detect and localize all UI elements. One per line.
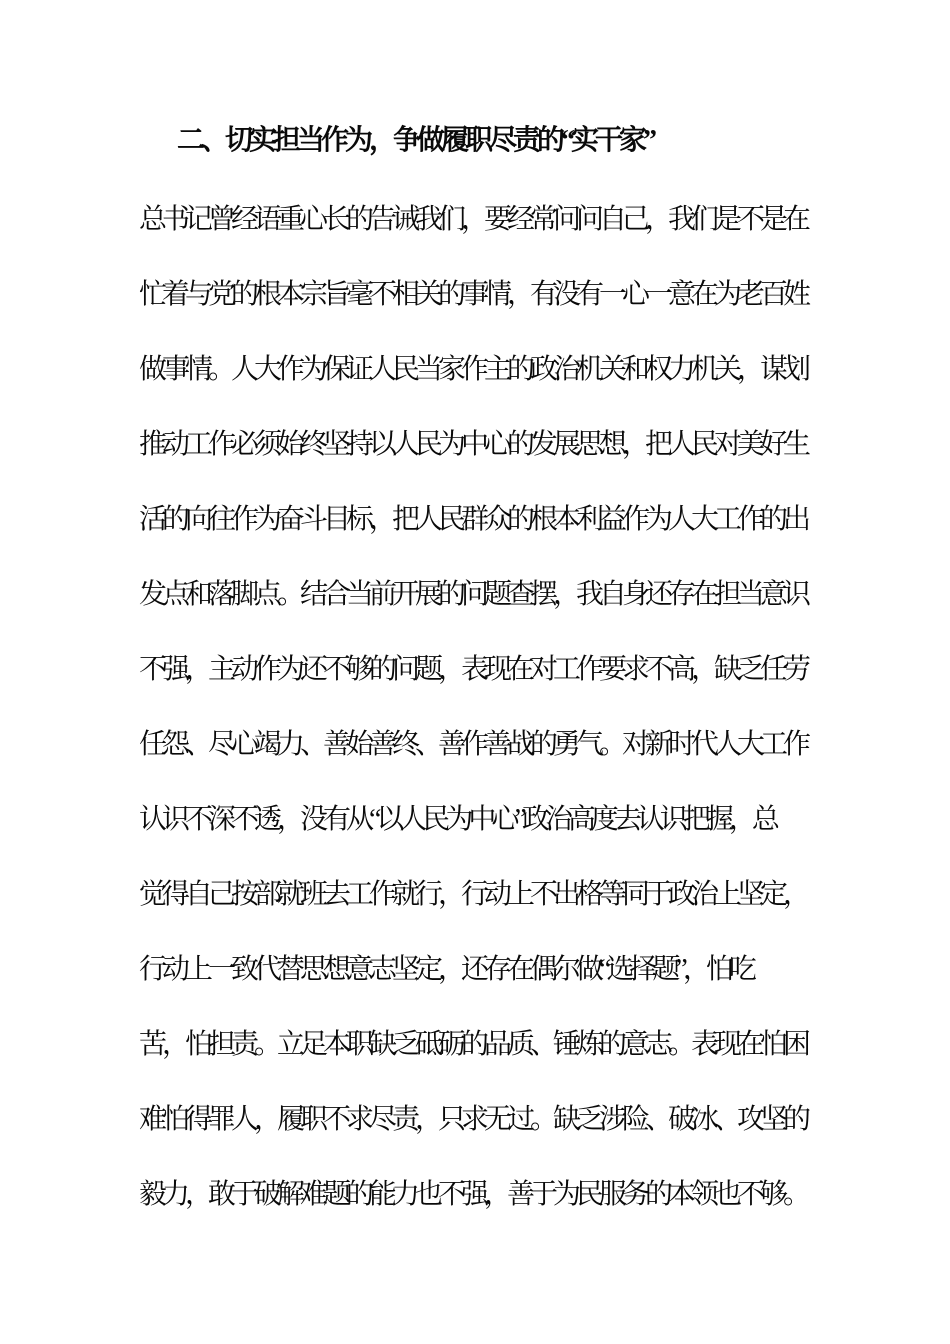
body-line: 认识不深不透，没有从“以人民为中心”政治高度去认识把握，总: [139, 782, 859, 857]
body-line: 行动上一致代替思想意志坚定，还存在偶尔做“选择题”，怕吃: [139, 932, 859, 1007]
body-line: 推动工作必须始终坚持以人民为中心的发展思想，把人民对美好生: [139, 407, 859, 482]
body-line: 不强，主动作为还不够的问题，表现在对工作要求不高，缺乏任劳: [139, 632, 859, 707]
document-page: 二、切实担当作为，争做履职尽责的“实干家” 总书记曾经语重心长的告诫我们，要经常…: [0, 0, 950, 1344]
body-line: 任怨、尽心竭力、善始善终、善作善战的勇气。对新时代人大工作: [139, 707, 859, 782]
body-line: 发点和落脚点。结合当前开展的问题查摆，我自身还存在担当意识: [139, 557, 859, 632]
body-line: 忙着与党的根本宗旨毫不相关的事情，有没有一心一意在为老百姓: [139, 257, 859, 332]
body-line: 做事情。人大作为保证人民当家作主的政治机关和权力机关，谋划: [139, 332, 859, 407]
body-line: 觉得自己按部就班去工作就行，行动上不出格等同于政治上坚定，: [139, 857, 859, 932]
section-heading: 二、切实担当作为，争做履职尽责的“实干家”: [177, 126, 653, 156]
body-line: 难怕得罪人，履职不求尽责，只求无过。缺乏涉险、破冰、攻坚的: [139, 1082, 859, 1157]
body-line: 苦，怕担责。立足本职缺乏砥砺的品质、锤炼的意志。表现在怕困: [139, 1007, 859, 1082]
document-body: 总书记曾经语重心长的告诫我们，要经常问问自己，我们是不是在 忙着与党的根本宗旨毫…: [139, 182, 859, 1232]
body-line: 总书记曾经语重心长的告诫我们，要经常问问自己，我们是不是在: [139, 182, 859, 257]
body-line: 活的向往作为奋斗目标，把人民群众的根本利益作为人大工作的出: [139, 482, 859, 557]
body-line: 毅力，敢于破解难题的能力也不强，善于为民服务的本领也不够。: [139, 1157, 859, 1232]
